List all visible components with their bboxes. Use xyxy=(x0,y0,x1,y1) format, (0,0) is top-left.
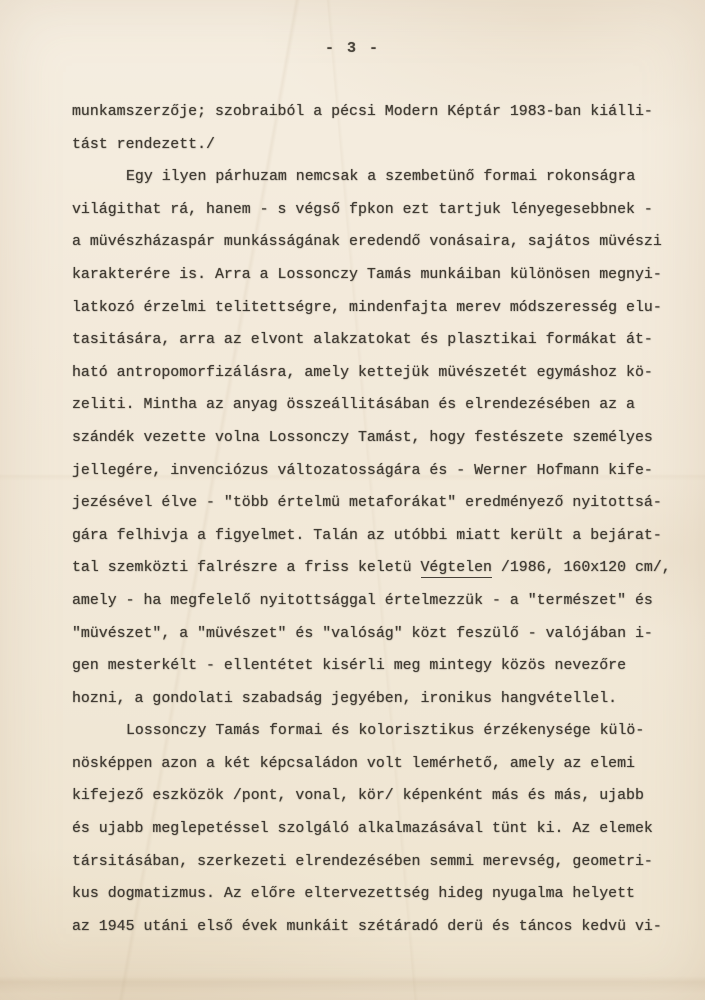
text-line: gen mesterkélt - ellentétet kisérli meg … xyxy=(72,650,672,683)
text-segment: világithat rá, hanem - s végső fpkon ezt… xyxy=(72,202,653,218)
text-line: tást rendezett./ xyxy=(72,129,672,162)
text-line: jellegére, invenciózus változatosságára … xyxy=(72,455,672,488)
text-segment: "müvészet", a "müvészet" és "valóság" kö… xyxy=(72,626,653,642)
text-segment: a müvészházaspár munkásságának eredendő … xyxy=(72,234,662,250)
text-line: szándék vezette volna Lossonczy Tamást, … xyxy=(72,422,672,455)
text-line: társitásában, szerkezeti elrendezésében … xyxy=(72,846,672,879)
text-line: ható antropomorfizálásra, amely kettejük… xyxy=(72,357,672,390)
text-line: az 1945 utáni első évek munkáit szétárad… xyxy=(72,911,672,944)
text-line: jezésével élve - "több értelmü metaforák… xyxy=(72,487,672,520)
text-line: munkamszerzője; szobraiból a pécsi Moder… xyxy=(72,96,672,129)
text-segment: az 1945 utáni első évek munkáit szétárad… xyxy=(72,919,662,935)
text-line: tal szemközti falrészre a friss keletü V… xyxy=(72,552,672,585)
text-segment: kus dogmatizmus. Az előre eltervezettség… xyxy=(72,886,635,902)
text-line: világithat rá, hanem - s végső fpkon ezt… xyxy=(72,194,672,227)
text-segment: társitásában, szerkezeti elrendezésében … xyxy=(72,854,653,870)
text-segment: karakterére is. Arra a Lossonczy Tamás m… xyxy=(72,267,662,283)
text-segment: és ujabb meglepetéssel szolgáló alkalmaz… xyxy=(72,821,653,837)
text-line: a müvészházaspár munkásságának eredendő … xyxy=(72,226,672,259)
text-segment: tasitására, arra az elvont alakzatokat é… xyxy=(72,332,653,348)
typewritten-text: munkamszerzője; szobraiból a pécsi Moder… xyxy=(72,96,672,943)
text-line: nösképpen azon a két képcsaládon volt le… xyxy=(72,748,672,781)
text-line: zeliti. Mintha az anyag összeállitásában… xyxy=(72,389,672,422)
text-segment: Lossonczy Tamás formai és kolorisztikus … xyxy=(126,723,644,739)
text-segment: ható antropomorfizálásra, amely kettejük… xyxy=(72,365,653,381)
text-line: amely - ha megfelelő nyitottsággal értel… xyxy=(72,585,672,618)
text-segment: tal szemközti falrészre a friss keletü xyxy=(72,560,421,576)
text-line: és ujabb meglepetéssel szolgáló alkalmaz… xyxy=(72,813,672,846)
text-segment: nösképpen azon a két képcsaládon volt le… xyxy=(72,756,635,772)
text-segment: szándék vezette volna Lossonczy Tamást, … xyxy=(72,430,653,446)
text-line: karakterére is. Arra a Lossonczy Tamás m… xyxy=(72,259,672,292)
text-segment: jezésével élve - "több értelmü metaforák… xyxy=(72,495,662,511)
document-page: - 3 - munkamszerzője; szobraiból a pécsi… xyxy=(0,0,705,1000)
text-segment: latkozó érzelmi telitettségre, mindenfaj… xyxy=(72,300,662,316)
text-segment: kifejező eszközök /pont, vonal, kör/ kép… xyxy=(72,788,644,804)
text-line: Lossonczy Tamás formai és kolorisztikus … xyxy=(72,715,672,748)
text-segment: hozni, a gondolati szabadság jegyében, i… xyxy=(72,691,617,707)
text-segment: jellegére, invenciózus változatosságára … xyxy=(72,463,653,479)
text-segment: tást rendezett./ xyxy=(72,137,215,153)
text-line: hozni, a gondolati szabadság jegyében, i… xyxy=(72,683,672,716)
text-segment: gára felhivja a figyelmet. Talán az utób… xyxy=(72,528,662,544)
text-segment: zeliti. Mintha az anyag összeállitásában… xyxy=(72,397,635,413)
text-line: gára felhivja a figyelmet. Talán az utób… xyxy=(72,520,672,553)
page-number: - 3 - xyxy=(0,40,705,57)
text-segment: gen mesterkélt - ellentétet kisérli meg … xyxy=(72,658,626,674)
text-line: "müvészet", a "müvészet" és "valóság" kö… xyxy=(72,618,672,651)
text-line: kifejező eszközök /pont, vonal, kör/ kép… xyxy=(72,780,672,813)
text-segment: /1986, 160x120 cm/, xyxy=(492,560,671,576)
text-line: tasitására, arra az elvont alakzatokat é… xyxy=(72,324,672,357)
text-segment: Egy ilyen párhuzam nemcsak a szembetünő … xyxy=(126,169,635,185)
text-line: Egy ilyen párhuzam nemcsak a szembetünő … xyxy=(72,161,672,194)
text-line: latkozó érzelmi telitettségre, mindenfaj… xyxy=(72,292,672,325)
text-segment: munkamszerzője; szobraiból a pécsi Moder… xyxy=(72,104,653,120)
underlined-artwork-title: Végtelen xyxy=(421,560,493,578)
text-segment: amely - ha megfelelő nyitottsággal értel… xyxy=(72,593,653,609)
text-line: kus dogmatizmus. Az előre eltervezettség… xyxy=(72,878,672,911)
